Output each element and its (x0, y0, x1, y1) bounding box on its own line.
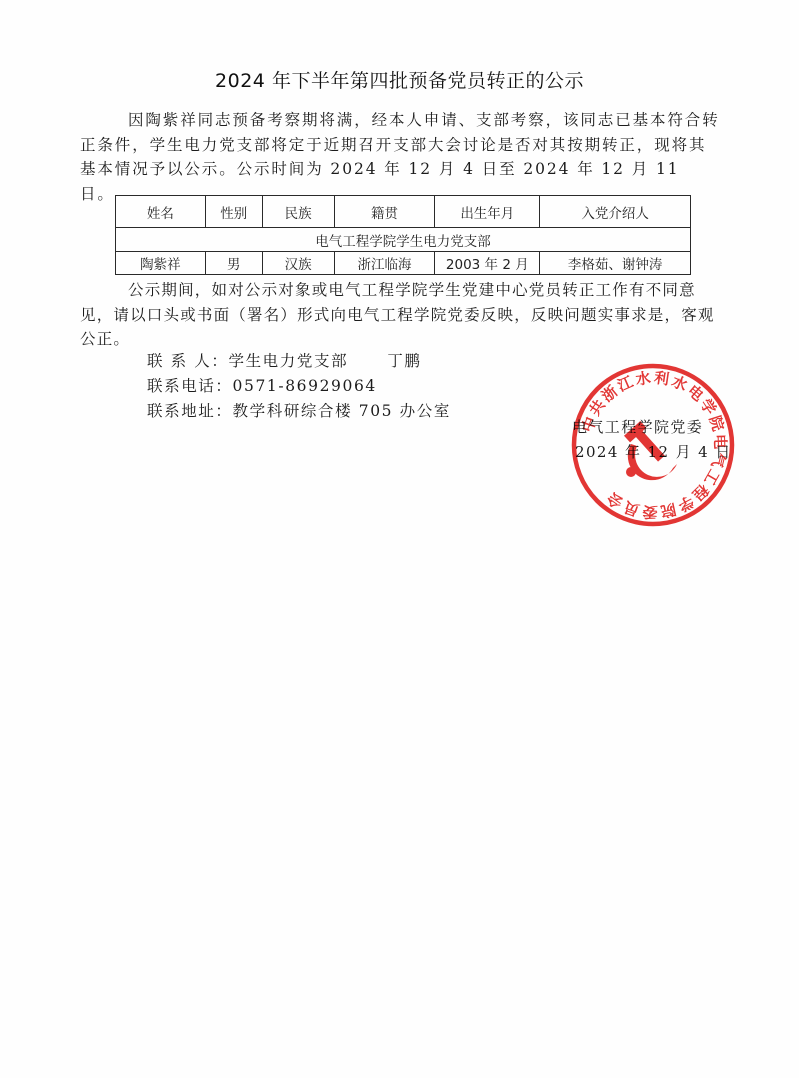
cell-name: 陶紫祥 (116, 252, 206, 275)
contact-person-value: 学生电力党支部 丁鹏 (228, 352, 421, 370)
official-seal-icon: 中共浙江水利水电学院电气工程学院委员会 (570, 362, 736, 528)
contact-phone-label: 联系电话： (147, 377, 233, 395)
contact-person-line: 联 系 人：学生电力党支部 丁鹏 (147, 349, 422, 371)
table-header-row: 姓名 性别 民族 籍贯 出生年月 入党介绍人 (116, 196, 691, 228)
header-ethnicity: 民族 (262, 196, 334, 228)
table-row: 陶紫祥 男 汉族 浙江临海 2003 年 2 月 李格茹、谢钟涛 (116, 252, 691, 275)
intro-paragraph-text: 因陶紫祥同志预备考察期将满，经本人申请、支部考察，该同志已基本符合转正条件，学生… (80, 111, 720, 203)
cell-hometown: 浙江临海 (334, 252, 435, 275)
document-page: 2024 年下半年第四批预备党员转正的公示 因陶紫祥同志预备考察期将满，经本人申… (0, 0, 799, 1078)
header-name: 姓名 (116, 196, 206, 228)
contact-phone-value: 0571-86929064 (233, 377, 377, 395)
header-hometown: 籍贯 (334, 196, 435, 228)
cell-ethnicity: 汉族 (262, 252, 334, 275)
header-birth-date: 出生年月 (435, 196, 540, 228)
contact-address-line: 联系地址：教学科研综合楼 705 办公室 (147, 399, 451, 421)
contact-address-label: 联系地址： (147, 402, 233, 420)
notice-paragraph-text: 公示期间，如对公示对象或电气工程学院学生党建中心党员转正工作有不同意见，请以口头… (80, 281, 715, 348)
contact-phone-line: 联系电话：0571-86929064 (147, 374, 377, 396)
cell-gender: 男 (205, 252, 262, 275)
table-branch-row: 电气工程学院学生电力党支部 (116, 228, 691, 252)
notice-paragraph: 公示期间，如对公示对象或电气工程学院学生党建中心党员转正工作有不同意见，请以口头… (80, 278, 720, 352)
cell-sponsors: 李格茹、谢钟涛 (540, 252, 691, 275)
candidate-info-table: 姓名 性别 民族 籍贯 出生年月 入党介绍人 电气工程学院学生电力党支部 陶紫祥… (115, 195, 691, 275)
document-title: 2024 年下半年第四批预备党员转正的公示 (0, 66, 799, 93)
header-sponsors: 入党介绍人 (540, 196, 691, 228)
branch-name: 电气工程学院学生电力党支部 (116, 228, 691, 252)
contact-address-value: 教学科研综合楼 705 办公室 (233, 402, 451, 420)
header-gender: 性别 (205, 196, 262, 228)
contact-person-label: 联 系 人： (147, 352, 228, 370)
cell-birth-date: 2003 年 2 月 (435, 252, 540, 275)
intro-paragraph: 因陶紫祥同志预备考察期将满，经本人申请、支部考察，该同志已基本符合转正条件，学生… (80, 108, 720, 206)
